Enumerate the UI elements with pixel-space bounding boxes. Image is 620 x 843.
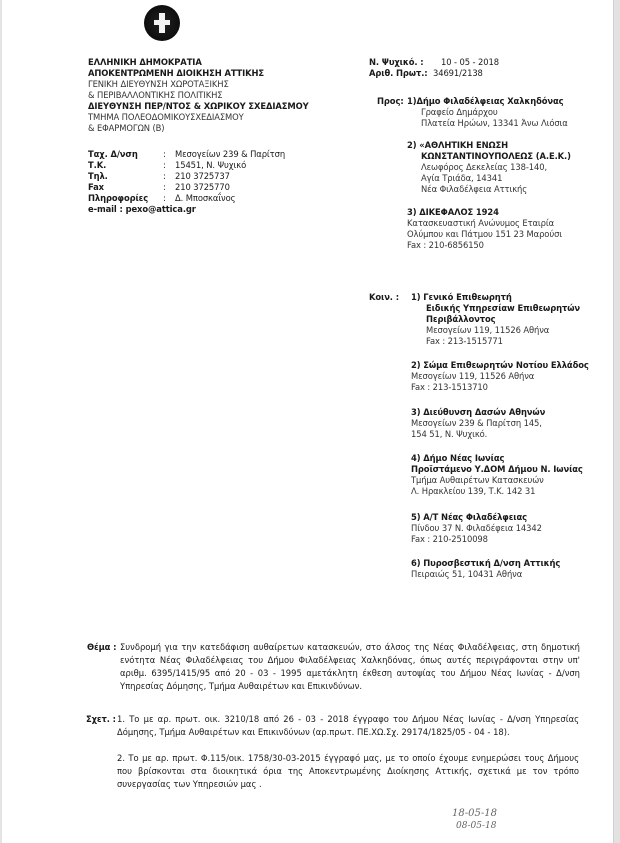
- cc-item: 1) Γενικό ΕπιθεωρητήΕιδικής Υπηρεσίαw Επ…: [411, 292, 589, 347]
- separator: :: [163, 182, 175, 193]
- contact-value: Δ. Μποσκαΐνος: [175, 193, 235, 204]
- cc-item-title: 1) Γενικό Επιθεωρητή: [411, 292, 589, 303]
- cc-list: 1) Γενικό ΕπιθεωρητήΕιδικής Υπηρεσίαw Επ…: [411, 292, 589, 590]
- cc-label: Κοιν. :: [369, 292, 399, 303]
- reference-2: 2. Το με αρ. πρωτ. Φ.115/οικ. 1758/30-03…: [117, 752, 579, 791]
- contact-row: Τηλ.:210 3725737: [88, 171, 285, 182]
- recipients-item-title: 1)Δήμο Φιλαδέλφειας Χαλκηδόνας: [407, 96, 571, 107]
- cc-item: 5) Α/Τ Νέας ΦιλαδέλφειαςΠίνδου 37 Ν. Φιλ…: [411, 512, 589, 545]
- cc-item-line: Fax : 213-1515771: [411, 336, 589, 347]
- cc-item: 3) Διεύθυνση Δασών ΑθηνώνΜεσογείων 239 &…: [411, 407, 589, 440]
- contact-row: Τ.Κ.:15451, Ν. Ψυχικό: [88, 160, 285, 171]
- cc-item-title: Ειδικής Υπηρεσίαw Επιθεωρητών: [411, 303, 589, 314]
- contact-value: Μεσογείων 239 & Παρίτση: [175, 149, 285, 160]
- cc-item: 4) Δήμο Νέας ΙωνίαςΠροϊστάμενο Υ.ΔΟΜ Δήμ…: [411, 453, 589, 497]
- contact-label: Fax: [88, 182, 163, 193]
- contact-label: Τ.Κ.: [88, 160, 163, 171]
- cc-item-title: Περιβάλλοντος: [411, 314, 589, 325]
- contact-block: Ταχ. Δ/νση:Μεσογείων 239 & ΠαρίτσηΤ.Κ.:1…: [88, 149, 285, 204]
- protocol-label: Αριθ. Πρωτ.:: [369, 68, 433, 79]
- contact-row: Ταχ. Δ/νση:Μεσογείων 239 & Παρίτση: [88, 149, 285, 160]
- recipients-item-line: Fax : 210-6856150: [407, 240, 571, 251]
- issuing-authority: ΕΛΛΗΝΙΚΗ ΔΗΜΟΚΡΑΤΙΑΑΠΟΚΕΝΤΡΩΜΕΝΗ ΔΙΟΙΚΗΣ…: [88, 57, 309, 134]
- cc-item-line: Λ. Ηρακλείου 139, Τ.Κ. 142 31: [411, 486, 589, 497]
- document-date: 10 - 05 - 2018: [441, 57, 499, 68]
- recipients-label: Προς:: [377, 96, 404, 107]
- cc-item-title: 6) Πυροσβεστική Δ/νση Αττικής: [411, 558, 589, 569]
- recipients-list: 1)Δήμο Φιλαδέλφειας ΧαλκηδόναςΓραφείο Δη…: [407, 96, 571, 261]
- recipients-item-line: Ολύμπου και Πάτμου 151 23 Μαρούσι: [407, 229, 571, 240]
- contact-row: Fax:210 3725770: [88, 182, 285, 193]
- contact-label: Τηλ.: [88, 171, 163, 182]
- subject-label: Θέμα :: [87, 642, 116, 653]
- recipients-item-title: ΚΩΝΣΤΑΝΤΙΝΟΥΠΟΛΕΩΣ (Α.Ε.Κ.): [407, 151, 571, 162]
- cc-item-line: Fax : 213-1513710: [411, 382, 589, 393]
- cc-item: 2) Σώμα Επιθεωρητών Νοτίου ΕλλάδοςΜεσογε…: [411, 360, 589, 393]
- cc-item-title: 5) Α/Τ Νέας Φιλαδέλφειας: [411, 512, 589, 523]
- recipients-item-line: Γραφείο Δημάρχου: [407, 107, 571, 118]
- recipients-item-line: Λεωφόρος Δεκελείας 138-140,: [407, 162, 571, 173]
- cc-item-title: 3) Διεύθυνση Δασών Αθηνών: [411, 407, 589, 418]
- cc-item-line: Μεσογείων 119, 11526 Αθήνα: [411, 371, 589, 382]
- references-label: Σχετ. :: [86, 714, 116, 725]
- cc-item-title: 4) Δήμο Νέας Ιωνίας: [411, 453, 589, 464]
- recipients-item: 2) «ΑΘΛΗΤΙΚΗ ΕΝΩΣΗΚΩΝΣΤΑΝΤΙΝΟΥΠΟΛΕΩΣ (Α.…: [407, 140, 571, 195]
- separator: :: [163, 149, 175, 160]
- contact-value: 210 3725737: [175, 171, 230, 182]
- separator: :: [163, 171, 175, 182]
- org-line: ΔΙΕΥΘΥΝΣΗ ΠΕΡ/ΝΤΟΣ & ΧΩΡΙΚΟΥ ΣΧΕΔΙΑΣΜΟΥ: [88, 101, 309, 112]
- cc-item-line: Μεσογείων 119, 11526 Αθήνα: [411, 325, 589, 336]
- contact-label: Ταχ. Δ/νση: [88, 149, 163, 160]
- contact-value: 15451, Ν. Ψυχικό: [175, 160, 246, 171]
- cc-item-line: Fax : 210-2510098: [411, 534, 589, 545]
- cc-item-line: Πίνδου 37 Ν. Φιλαδέφεια 14342: [411, 523, 589, 534]
- protocol-number: 34691/2138: [433, 68, 483, 79]
- org-line: ΓΕΝΙΚΗ ΔΙΕΥΘΥΝΣΗ ΧΩΡΟΤΑΞΙΚΗΣ: [88, 79, 309, 90]
- document-meta: Ν. Ψυχικό. : 10 - 05 - 2018 Αριθ. Πρωτ.:…: [369, 57, 499, 79]
- email-line: e-mail : pexo@attica.gr: [88, 204, 196, 215]
- recipients-item-title: 2) «ΑΘΛΗΤΙΚΗ ΕΝΩΣΗ: [407, 140, 571, 151]
- contact-label: Πληροφορίες: [88, 193, 163, 204]
- handwritten-date-2: 08-05-18: [456, 821, 496, 831]
- email-link[interactable]: pexo@attica.gr: [126, 204, 196, 214]
- org-line: & ΠΕΡΙΒΑΛΛΟΝΤΙΚΗΣ ΠΟΛΙΤΙΚΗΣ: [88, 90, 309, 101]
- cc-item-line: Πειραιώς 51, 10431 Αθήνα: [411, 569, 589, 580]
- page-edge-left: [0, 0, 2, 843]
- separator: :: [163, 193, 175, 204]
- email-label: e-mail :: [88, 204, 123, 214]
- recipients-item-line: Νέα Φιλαδέλφεια Αττικής: [407, 184, 571, 195]
- recipients-item-line: Αγία Τριάδα, 14341: [407, 173, 571, 184]
- greek-coat-of-arms-icon: [144, 5, 180, 41]
- cc-item-line: Μεσογείων 239 & Παρίτση 145,: [411, 418, 589, 429]
- separator: :: [163, 160, 175, 171]
- recipients-item: 1)Δήμο Φιλαδέλφειας ΧαλκηδόναςΓραφείο Δη…: [407, 96, 571, 129]
- contact-row: Πληροφορίες:Δ. Μποσκαΐνος: [88, 193, 285, 204]
- cc-item: 6) Πυροσβεστική Δ/νση ΑττικήςΠειραιώς 51…: [411, 558, 589, 580]
- recipients-item-title: 3) ΔΙΚΕΦΑΛΟΣ 1924: [407, 207, 571, 218]
- org-line: ΤΜΗΜΑ ΠΟΛΕΟΔΟΜΙΚΟΥΣΧΕΔΙΑΣΜΟΥ: [88, 112, 309, 123]
- org-line: ΑΠΟΚΕΝΤΡΩΜΕΝΗ ΔΙΟΙΚΗΣΗ ΑΤΤΙΚΗΣ: [88, 68, 309, 79]
- org-line: & ΕΦΑΡΜΟΓΩΝ (Β): [88, 123, 309, 134]
- subject-text: Συνδρομή για την κατεδάφιση αυθαίρετων κ…: [120, 641, 580, 693]
- cc-item-title: 2) Σώμα Επιθεωρητών Νοτίου Ελλάδος: [411, 360, 589, 371]
- page-edge-right: [613, 0, 620, 843]
- recipients-item-line: Κατασκευαστική Ανώνυμος Εταιρία: [407, 218, 571, 229]
- cc-item-line: Τμήμα Αυθαιρέτων Κατασκευών: [411, 475, 589, 486]
- recipients-item: 3) ΔΙΚΕΦΑΛΟΣ 1924Κατασκευαστική Ανώνυμος…: [407, 207, 571, 251]
- reference-1: 1. Το με αρ. πρωτ. οικ. 3210/18 από 26 -…: [117, 713, 579, 739]
- recipients-item-line: Πλατεία Ηρώων, 13341 Άνω Λιόσια: [407, 118, 571, 129]
- cc-item-title: Προϊστάμενο Υ.ΔΟΜ Δήμου Ν. Ιωνίας: [411, 464, 589, 475]
- cc-item-line: 154 51, Ν. Ψυχικό.: [411, 429, 589, 440]
- org-line: ΕΛΛΗΝΙΚΗ ΔΗΜΟΚΡΑΤΙΑ: [88, 57, 309, 68]
- contact-value: 210 3725770: [175, 182, 230, 193]
- handwritten-date-1: 18-05-18: [452, 808, 497, 819]
- place-label: Ν. Ψυχικό. :: [369, 57, 441, 68]
